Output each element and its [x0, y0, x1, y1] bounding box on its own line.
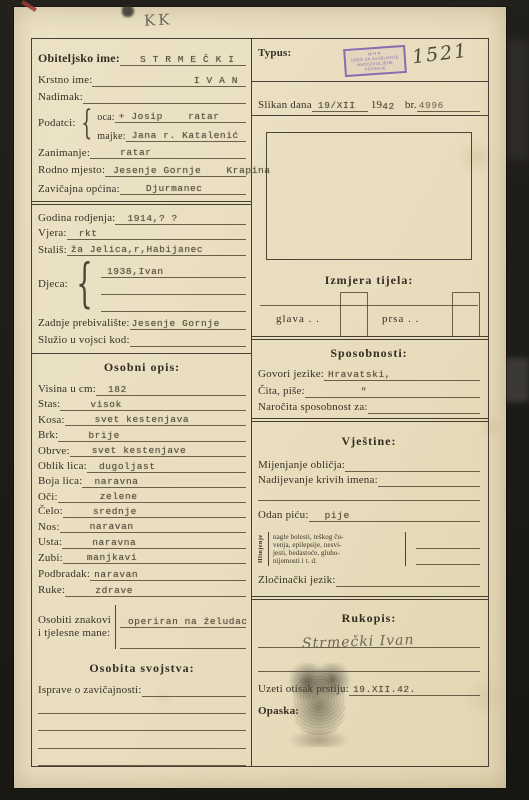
field-line [83, 87, 246, 104]
section-divider [32, 201, 251, 205]
field-label: Zločinački jezik: [258, 574, 336, 587]
field-line [130, 330, 246, 347]
field-value: svet kestenjave [92, 445, 187, 456]
field-label: Naročita sposobnost za: [258, 401, 368, 414]
field-stalis: Stališ: ža Jelica,r,Habijanec [38, 241, 246, 256]
brace-glyph: { [81, 108, 92, 139]
field-line: zelene [58, 487, 246, 503]
blank-line [38, 714, 246, 731]
field-line: 182 [96, 379, 246, 395]
opis-row: Podbradak:naravan [38, 564, 246, 580]
field-line: rkt [67, 225, 246, 240]
field-label: Obrve: [38, 445, 70, 458]
znakovi-lines: operiran na želudac [120, 607, 246, 649]
djeca-line [101, 278, 246, 295]
field-line: naravan [90, 563, 246, 580]
br-value: 4996 [419, 100, 444, 111]
field-podatci: Podatci: { oca: + Josip ratar majke: Jan… [38, 104, 246, 142]
field-value: zelene [100, 491, 138, 502]
photographed-document: KK Obiteljsko ime: S T R M E Č K I Krstn… [0, 0, 529, 800]
field-zlocinacki-jezik: Zločinački jezik: [258, 571, 480, 587]
hlinjenje-text-line: jesti, bedastoće, gluho- [273, 549, 401, 557]
field-label: Nadimak: [38, 91, 83, 104]
field-krstno-ime: Krstno ime: I V A N [38, 70, 246, 86]
opis-row: Oči:zelene [38, 488, 246, 503]
field-label: Zadnje prebivalište: [38, 317, 130, 330]
field-line: visok [60, 395, 246, 411]
field-line [336, 570, 480, 587]
field-zadnje-prebivaliste: Zadnje prebivalište: Jesenje Gornje [38, 313, 246, 329]
field-label: Obiteljsko ime: [38, 52, 120, 66]
field-line: 1938,Ivan [101, 257, 246, 278]
field-value: Djurmanec [146, 183, 203, 194]
field-opaska: Opaska: [258, 700, 480, 718]
field-djeca: Djeca: { 1938,Ivan [38, 256, 246, 312]
field-vjera: Vjera: rkt [38, 226, 246, 240]
field-narocita: Naročita sposobnost za: [258, 398, 480, 414]
blank-line [38, 731, 246, 748]
field-line: pije [309, 503, 480, 522]
field-line [38, 748, 246, 766]
glava-label: glava . . [276, 313, 320, 325]
field-line: srednje [63, 502, 246, 517]
field-line [258, 647, 480, 672]
typus-label: Typus: [258, 47, 291, 60]
field-line: svet kestenjave [70, 441, 246, 457]
field-label: Nos: [38, 521, 60, 534]
field-nadijevanje: Nadijevanje krivih imena: [258, 472, 480, 487]
field-label: Usta: [38, 536, 62, 549]
field-line: Jesenje Gornje [130, 312, 246, 329]
osobita-svojstva-heading: Osobita svojstva: [38, 661, 246, 676]
field-line: zdrave [65, 580, 246, 597]
field-line: I V A N [92, 69, 246, 86]
field-value: ratar [120, 147, 152, 158]
field-line [258, 486, 480, 501]
hlinjenje-block: Hlinjenje nagle bolesti, teškog ču- venj… [258, 530, 480, 568]
hlinjenje-vertical-label: Hlinjenje [258, 531, 264, 567]
field-value: Jana r. Katalenić [132, 130, 239, 141]
opis-row: Oblik lica:dugoljast [38, 457, 246, 472]
field-label: Zubi: [38, 552, 63, 565]
field-label: Krstno ime: [38, 74, 92, 87]
ink-smudge [122, 5, 134, 17]
field-value: operiran na želudac [128, 616, 248, 627]
field-zavicajna-opcina: Zavičajna općina: Djurmanec [38, 178, 246, 195]
field-sluzio-u-vojsci: Služio u vojsci kod: [38, 331, 246, 347]
right-column: Typus: M H P URED ZA SUZBIJANJE NEDOZVOL… [251, 39, 488, 766]
field-line: 19.XII.42. [349, 675, 480, 696]
field-oca: oca: + Josip ratar [97, 104, 246, 123]
slikan-dana-row: Slikan dana 19/XII 19 42 br. 4996 [258, 88, 480, 112]
field-label: Stališ: [38, 244, 67, 257]
opis-row: Usta:naravna [38, 533, 246, 548]
field-value: svet kestenjava [95, 414, 190, 425]
djeca-line [101, 295, 246, 312]
field-value: + Josip ratar [119, 111, 220, 122]
blank-line [38, 749, 246, 766]
field-label: Vjera: [38, 227, 67, 240]
field-label: Opaska: [258, 705, 299, 718]
field-obiteljsko-ime: Obiteljsko ime: S T R M E Č K I [38, 47, 246, 66]
field-value: 1914,? ? [127, 213, 177, 224]
field-line: ratar [90, 142, 246, 159]
vertical-bar [268, 532, 269, 566]
rukopis-heading: Rukopis: [258, 611, 480, 626]
divider [252, 115, 488, 116]
left-column: Obiteljsko ime: S T R M E Č K I Krstno i… [32, 39, 251, 766]
field-line [378, 471, 480, 487]
registration-form: Obiteljsko ime: S T R M E Č K I Krstno i… [31, 38, 489, 767]
field-line [120, 627, 246, 649]
field-line [38, 713, 246, 731]
opis-row: Kosa:svet kestenjava [38, 411, 246, 426]
brace-glyph: { [76, 261, 93, 308]
field-line: svet kestenjava [65, 410, 246, 426]
field-label: majke: [97, 131, 125, 143]
field-line [416, 533, 480, 549]
field-label: Ruke: [38, 584, 65, 597]
opis-row: Stas:visok [38, 396, 246, 411]
field-govori-jezike: Govori jezike: Hravatski, [258, 364, 480, 381]
vertical-bar [405, 532, 406, 566]
field-label: Osobiti znakovi [38, 614, 111, 627]
field-value: rkt [79, 228, 98, 239]
field-label: Odan piću: [258, 509, 309, 522]
field-value: I V A N [194, 75, 238, 86]
field-value: " [361, 386, 367, 397]
field-value: 182 [108, 384, 127, 395]
field-label: Služio u vojsci kod: [38, 334, 130, 347]
field-label: Djeca: [38, 278, 68, 291]
djeca-lines: 1938,Ivan [101, 258, 246, 312]
signature-row: Strmečki Ivan [258, 626, 480, 648]
znakovi-labels: Osobiti znakovi i tjelesne mane: [38, 614, 111, 639]
field-label: Brk: [38, 429, 58, 442]
background-patch [503, 358, 529, 402]
field-value: 1938,Ivan [107, 266, 164, 277]
year-typed: 42 [382, 101, 395, 112]
opis-row: Čelo:srednje [38, 503, 246, 517]
section-divider [252, 596, 488, 600]
handwritten-number: 1521 [411, 40, 470, 69]
field-line: ža Jelica,r,Habijanec [67, 240, 246, 256]
br-label: br. [405, 99, 417, 112]
field-line: brije [58, 425, 246, 441]
znakovi-line [120, 628, 246, 649]
field-label: Rodno mjesto: [38, 164, 105, 177]
field-value: naravna [92, 537, 136, 548]
field-value: naravan [90, 521, 134, 532]
field-value: naravna [94, 476, 138, 487]
hlinjenje-text-line: nijemosti i t. d. [273, 557, 401, 565]
field-line: S T R M E Č K I [120, 46, 246, 66]
slikan-label: Slikan dana [258, 99, 312, 112]
field-line: Hravatski, [324, 363, 480, 381]
photo-box [266, 132, 472, 260]
document-paper: KK Obiteljsko ime: S T R M E Č K I Krstn… [14, 7, 506, 788]
field-line [101, 294, 246, 312]
sposobnosti-heading: Sposobnosti: [258, 346, 480, 361]
field-line: " [305, 380, 480, 398]
field-label: Oči: [38, 491, 58, 504]
field-label: Podatci: [38, 117, 76, 130]
field-value: pije [325, 510, 350, 521]
field-uzeti-otisak: Uzeti otisak prstiju: 19.XII.42. [258, 676, 480, 696]
date-typed: 19/XII [318, 100, 356, 111]
date-line: 19/XII [312, 87, 368, 112]
vertical-bar [115, 605, 116, 649]
section-divider [252, 418, 488, 422]
field-value: naravan [94, 569, 138, 580]
field-value: srednje [93, 506, 137, 517]
kk-pencil-annotation: KK [144, 10, 173, 29]
opis-row: Ruke:zdrave [38, 581, 246, 597]
br-line: 4996 [417, 87, 480, 112]
section-divider [32, 353, 251, 354]
field-line [38, 730, 246, 748]
blank-line [258, 487, 480, 501]
field-line [38, 696, 246, 714]
field-label: Godina rodjenja: [38, 212, 115, 225]
djeca-line: 1938,Ivan [101, 258, 246, 278]
field-label: oca: [97, 112, 114, 124]
hlinjenje-text-line: nagle bolesti, teškog ču- [273, 533, 401, 541]
field-value: S T R M E Č K I [140, 54, 235, 65]
izmjera-heading: Izmjera tijela: [258, 273, 480, 288]
measurement-cell-glava [340, 292, 368, 337]
field-value: Jesenje Gornje [132, 318, 220, 329]
znakovi-line: operiran na želudac [120, 607, 246, 628]
field-line: Djurmanec [120, 177, 246, 195]
opis-row: Nos:naravan [38, 518, 246, 533]
typus-row: Typus: M H P URED ZA SUZBIJANJE NEDOZVOL… [258, 47, 480, 75]
vjestine-heading: Vještine: [258, 434, 480, 449]
field-odan-picu: Odan piću: pije [258, 504, 480, 522]
field-value: Jesenje Gornje Krapina [113, 165, 271, 176]
field-value: visok [90, 399, 122, 410]
field-cita-pise: Čita, piše: " [258, 381, 480, 398]
field-godina-rodjenja: Godina rodjenja: 1914,? ? [38, 209, 246, 224]
measurement-cell-prsa [452, 292, 480, 337]
field-line [142, 679, 246, 696]
field-line: 1914,? ? [115, 208, 246, 224]
measurement-baseline [260, 305, 478, 306]
background-patch [507, 40, 529, 160]
red-corner-mark [21, 0, 37, 12]
blank-line [258, 648, 480, 672]
field-majke: majke: Jana r. Katalenić [97, 123, 246, 142]
field-line: naravan [60, 517, 246, 533]
osobni-opis-heading: Osobni opis: [38, 360, 246, 375]
opis-row: Obrve:svet kestenjave [38, 442, 246, 457]
field-label: Čita, piše: [258, 385, 305, 398]
field-osobiti-znakovi: Osobiti znakovi i tjelesne mane: operira… [38, 605, 246, 649]
hlinjenje-answer-lines [416, 533, 480, 565]
prsa-label: prsa . . [382, 313, 419, 325]
field-rodno-mjesto: Rodno mjesto: Jesenje Gornje Krapina [38, 160, 246, 176]
field-zanimanje: Zanimanje: ratar [38, 143, 246, 159]
field-value: zdrave [95, 585, 133, 596]
field-line: manjkavi [63, 548, 246, 564]
field-line: naravna [82, 472, 246, 488]
hlinjenje-text-line: venja, epilepsije, nesvi- [273, 541, 401, 549]
field-line: Jesenje Gornje Krapina [105, 159, 246, 176]
field-nadimak: Nadimak: [38, 88, 246, 104]
blank-line [38, 697, 246, 714]
field-value: Hravatski, [328, 369, 391, 380]
field-label: Zanimanje: [38, 147, 90, 160]
field-line: + Josip ratar [115, 103, 246, 123]
field-label: Stas: [38, 398, 60, 411]
field-value: brije [88, 430, 120, 441]
field-line: Jana r. Katalenić [126, 122, 246, 142]
purple-office-stamp: M H P URED ZA SUZBIJANJE NEDOZVOLJENE PR… [343, 45, 407, 77]
field-label: i tjelesne mane: [38, 627, 111, 640]
field-value: 19.XII.42. [353, 684, 416, 695]
field-line [101, 277, 246, 295]
opis-row: Zubi:manjkavi [38, 549, 246, 564]
field-label: Oblik lica: [38, 460, 87, 473]
field-line: operiran na želudac [120, 606, 246, 628]
opis-row: Brk:brije [38, 426, 246, 441]
year-printed: 19 [371, 99, 382, 112]
field-line: dugoljast [87, 456, 246, 472]
field-line [416, 549, 480, 565]
field-line: naravna [62, 532, 246, 548]
field-isprave: Isprave o zavičajnosti: [38, 680, 246, 696]
divider [252, 81, 488, 82]
field-mijenjanje: Mijenjanje obličja: [258, 455, 480, 472]
opis-row: Boja lica:naravna [38, 473, 246, 488]
field-line [368, 397, 480, 414]
measurement-table: glava . . prsa . . [258, 292, 480, 336]
opis-row: Visina u cm:182 [38, 380, 246, 395]
field-line [345, 454, 480, 472]
field-value: manjkavi [87, 552, 137, 563]
podatci-sub: oca: + Josip ratar majke: Jana r. Katale… [97, 104, 246, 142]
field-label: Uzeti otisak prstiju: [258, 683, 349, 696]
hlinjenje-text: nagle bolesti, teškog ču- venja, epileps… [273, 533, 401, 565]
signature-line: Strmečki Ivan [258, 625, 480, 648]
field-label: Zavičajna općina: [38, 183, 120, 196]
field-value: dugoljast [99, 461, 156, 472]
field-label: Mijenjanje obličja: [258, 459, 345, 472]
